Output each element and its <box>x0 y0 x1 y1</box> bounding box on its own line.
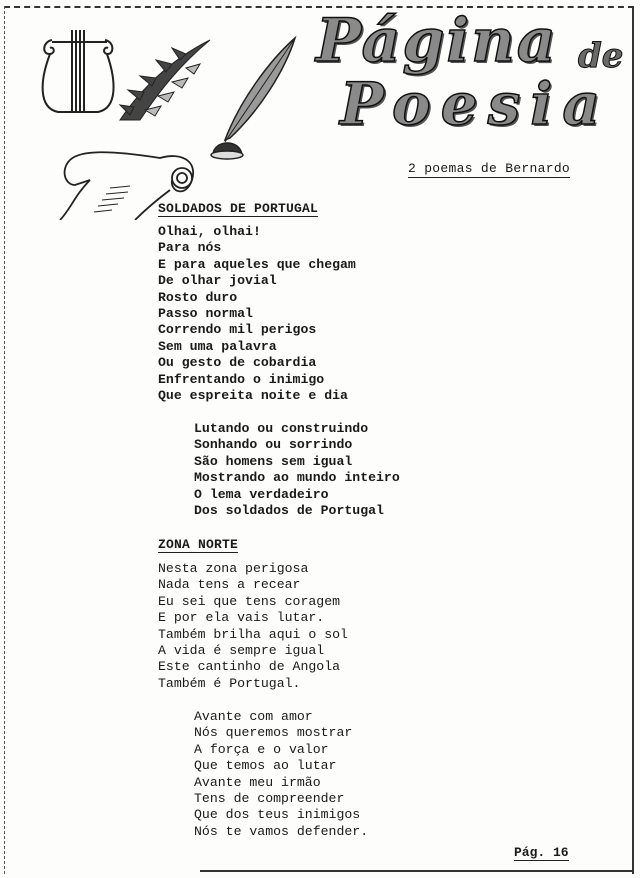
poem-line: Para nós <box>158 240 356 256</box>
poem-line: Nesta zona perigosa <box>158 561 348 577</box>
header-illustration <box>30 20 330 220</box>
poem-line: Avante com amor <box>194 709 368 725</box>
poem-line: Também é Portugal. <box>158 676 348 692</box>
inkwell-icon <box>211 143 243 159</box>
poem-line: Sonhando ou sorrindo <box>194 437 400 453</box>
poem-line: São homens sem igual <box>194 454 400 470</box>
poem-line: Enfrentando o inimigo <box>158 372 356 388</box>
poem-line: Este cantinho de Angola <box>158 659 348 675</box>
laurel-icon <box>120 40 210 120</box>
poem-line: A vida é sempre igual <box>158 643 348 659</box>
title-pagina: Página <box>316 6 558 76</box>
poem-line: De olhar jovial <box>158 273 356 289</box>
page-title: Página de Poesia <box>310 6 630 136</box>
poem-line: Rosto duro <box>158 290 356 306</box>
page-border-bottom <box>200 870 634 872</box>
poem-line: Ou gesto de cobardia <box>158 355 356 371</box>
poem-line: O lema verdadeiro <box>194 487 400 503</box>
byline: 2 poemas de Bernardo <box>408 161 570 178</box>
poem-line: Que dos teus inimigos <box>194 807 368 823</box>
poem-line: Olhai, olhai! <box>158 224 356 240</box>
page-border-right <box>632 6 634 874</box>
poem-stanza: Avante com amorNós queremos mostrarA for… <box>194 709 368 840</box>
poem-line: Avante meu irmão <box>194 775 368 791</box>
poem-stanza: Nesta zona perigosaNada tens a recearEu … <box>158 561 348 692</box>
poem-line: Dos soldados de Portugal <box>194 503 400 519</box>
poem-line: E por ela vais lutar. <box>158 610 348 626</box>
poem-line: Sem uma palavra <box>158 339 356 355</box>
poem-line: A força e o valor <box>194 742 368 758</box>
title-poesia: Poesia <box>340 70 610 138</box>
poem-line: E para aqueles que chegam <box>158 257 356 273</box>
page-number: Pág. 16 <box>514 845 569 861</box>
poem-line: Correndo mil perigos <box>158 322 356 338</box>
poem-line: Nós te vamos defender. <box>194 824 368 840</box>
poem-title-zona-norte: ZONA NORTE <box>158 537 238 553</box>
poem-line: Nós queremos mostrar <box>194 725 368 741</box>
poem-line: Passo normal <box>158 306 356 322</box>
poem-stanza: Lutando ou construindoSonhando ou sorrin… <box>194 421 400 519</box>
poem-line: Que espreita noite e dia <box>158 388 356 404</box>
poem-line: Lutando ou construindo <box>194 421 400 437</box>
poem-line: Eu sei que tens coragem <box>158 594 348 610</box>
page-border-left <box>4 6 5 874</box>
poem-stanza: Olhai, olhai!Para nósE para aqueles que … <box>158 224 356 404</box>
poem-line: Também brilha aqui o sol <box>158 627 348 643</box>
lyre-icon <box>43 30 114 112</box>
poem-line: Nada tens a recear <box>158 577 348 593</box>
quill-pen-icon <box>225 38 295 142</box>
poem-line: Mostrando ao mundo inteiro <box>194 470 400 486</box>
poem-line: Tens de compreender <box>194 791 368 807</box>
poem-title-soldados: SOLDADOS DE PORTUGAL <box>158 201 318 217</box>
poem-line: Que temos ao lutar <box>194 758 368 774</box>
